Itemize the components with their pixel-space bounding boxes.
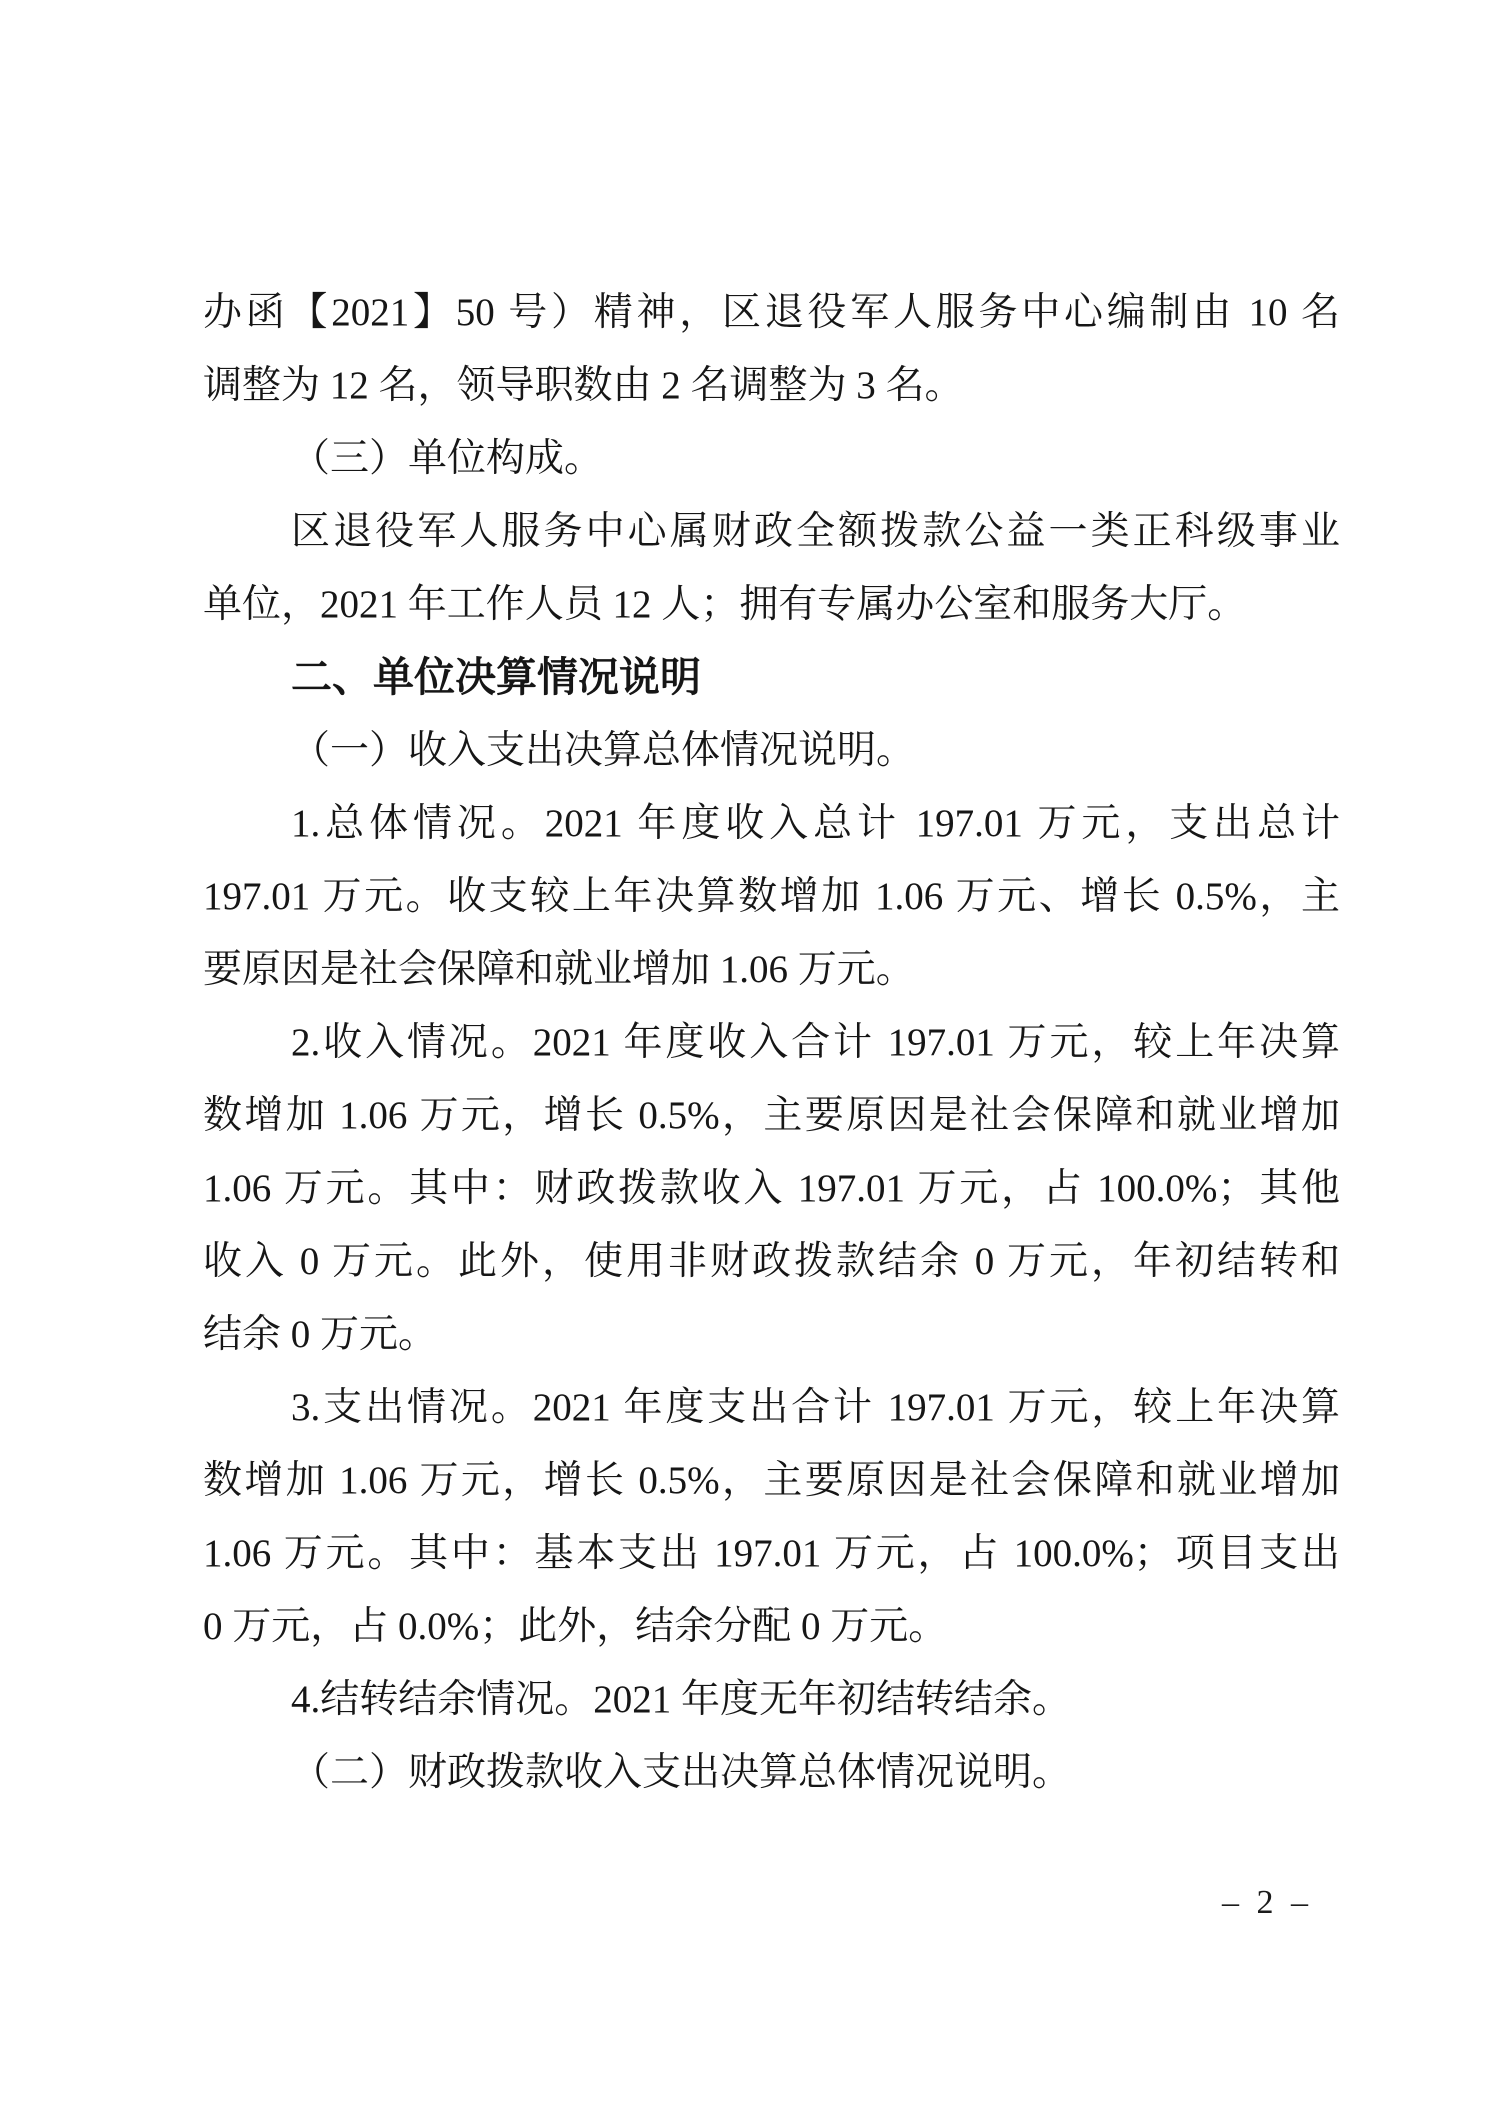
numbered-item-line: 4.结转结余情况。2021 年度无年初结转结余。: [203, 1663, 1340, 1736]
numbered-item-line: 2.收入情况。2021 年度收入合计 197.01 万元，较上年决算: [203, 1006, 1340, 1079]
body-text-line: 数增加 1.06 万元，增长 0.5%，主要原因是社会保障和就业增加: [203, 1444, 1340, 1517]
body-text-line: 调整为 12 名，领导职数由 2 名调整为 3 名。: [203, 349, 1340, 422]
body-text-line: 要原因是社会保障和就业增加 1.06 万元。: [203, 933, 1340, 1006]
body-text-line: 1.06 万元。其中：基本支出 197.01 万元，占 100.0%；项目支出: [203, 1517, 1340, 1590]
body-text-line: 数增加 1.06 万元，增长 0.5%，主要原因是社会保障和就业增加: [203, 1079, 1340, 1152]
document-body: 办函【2021】50 号）精神，区退役军人服务中心编制由 10 名 调整为 12…: [203, 276, 1340, 1809]
numbered-item-line: 1.总体情况。2021 年度收入总计 197.01 万元，支出总计: [203, 787, 1340, 860]
document-page: 办函【2021】50 号）精神，区退役军人服务中心编制由 10 名 调整为 12…: [0, 0, 1488, 2106]
body-text-line: 结余 0 万元。: [203, 1298, 1340, 1371]
body-text-line: 1.06 万元。其中：财政拨款收入 197.01 万元，占 100.0%；其他: [203, 1152, 1340, 1225]
subsection-heading: （三）单位构成。: [203, 422, 1340, 495]
body-text-line: 办函【2021】50 号）精神，区退役军人服务中心编制由 10 名: [203, 276, 1340, 349]
body-text-line: 197.01 万元。收支较上年决算数增加 1.06 万元、增长 0.5%，主: [203, 860, 1340, 933]
body-text-line: 0 万元，占 0.0%；此外，结余分配 0 万元。: [203, 1590, 1340, 1663]
section-heading: 二、单位决算情况说明: [203, 641, 1340, 714]
subsection-heading: （一）收入支出决算总体情况说明。: [203, 714, 1340, 787]
body-text-line: 区退役军人服务中心属财政全额拨款公益一类正科级事业: [203, 495, 1340, 568]
page-number: – 2 –: [1205, 1878, 1325, 1928]
body-text-line: 收入 0 万元。此外，使用非财政拨款结余 0 万元，年初结转和: [203, 1225, 1340, 1298]
body-text-line: 单位，2021 年工作人员 12 人；拥有专属办公室和服务大厅。: [203, 568, 1340, 641]
numbered-item-line: 3.支出情况。2021 年度支出合计 197.01 万元，较上年决算: [203, 1371, 1340, 1444]
subsection-heading: （二）财政拨款收入支出决算总体情况说明。: [203, 1736, 1340, 1809]
